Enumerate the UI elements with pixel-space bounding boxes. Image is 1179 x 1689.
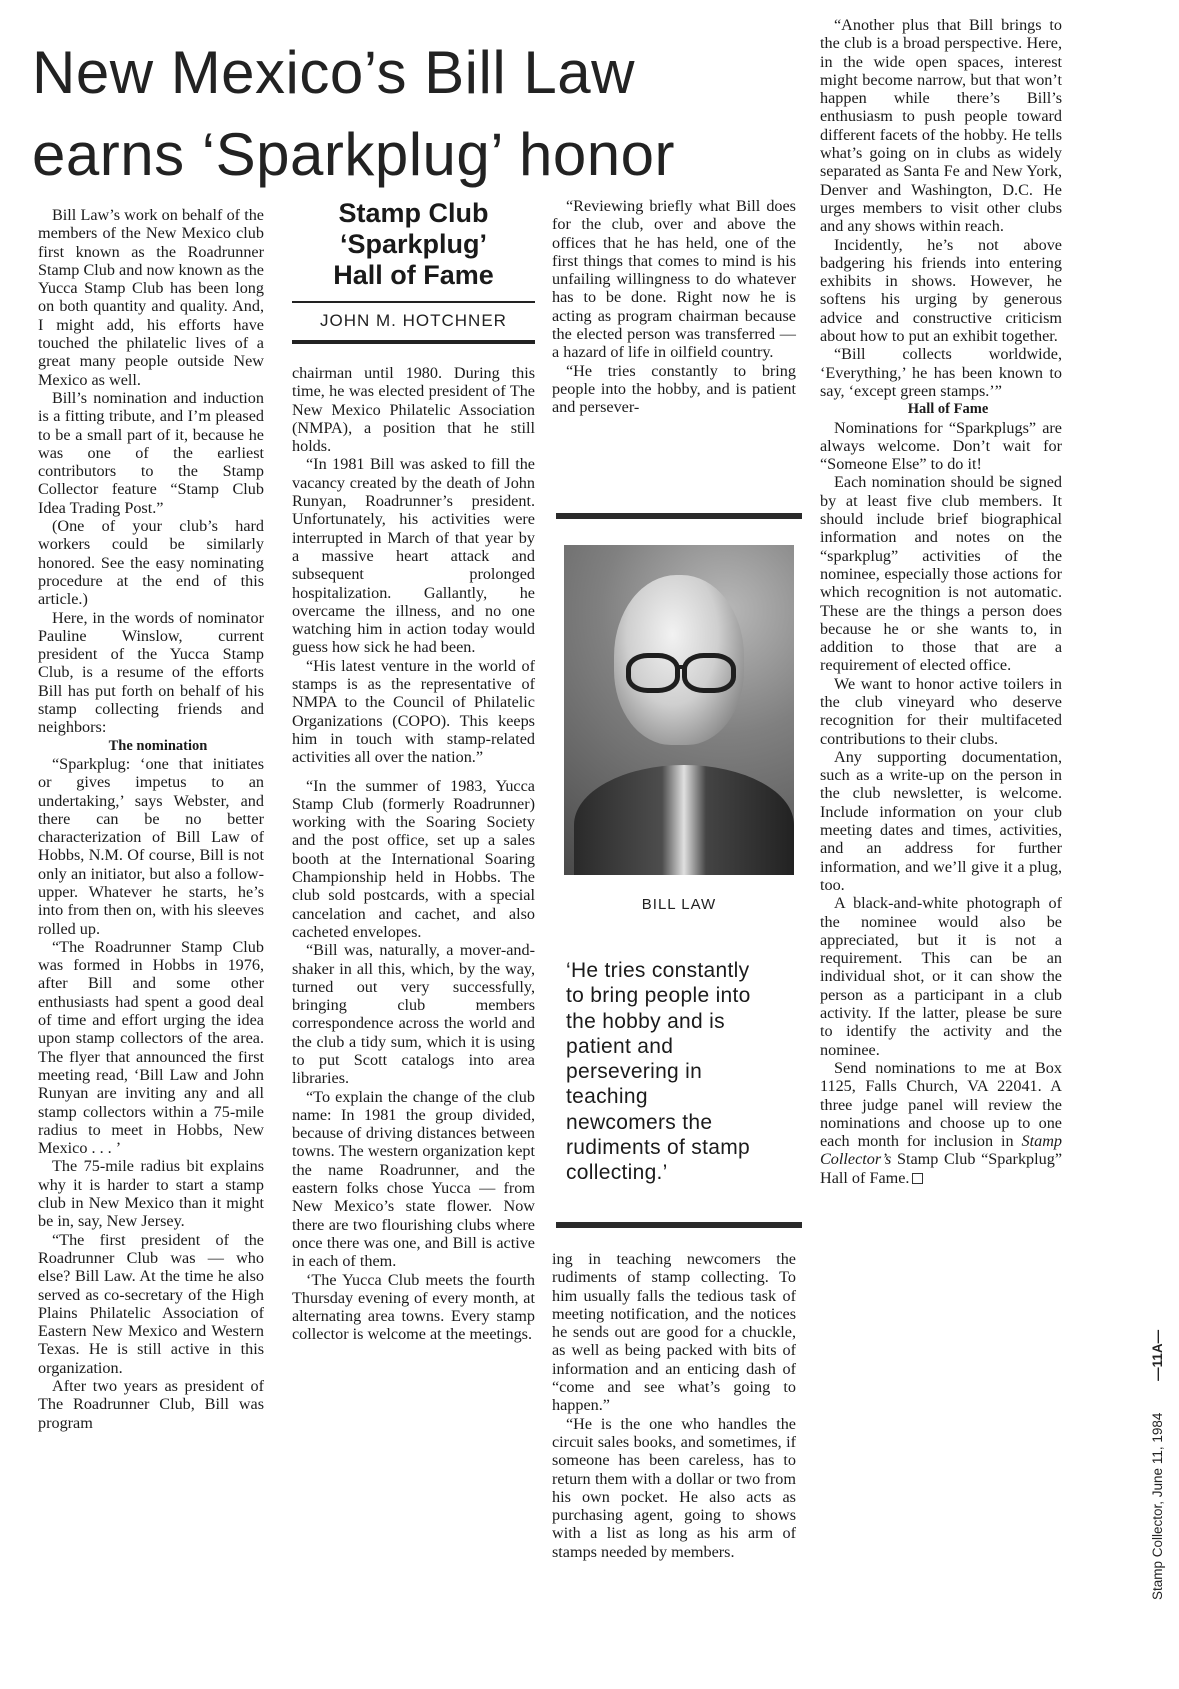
paragraph: “His latest venture in the world of stam…: [292, 657, 535, 767]
divider-bar: [556, 513, 802, 519]
paragraph: A black-and-white photograph of the nomi…: [820, 894, 1062, 1059]
paragraph: Here, in the words of nominator Pauline …: [38, 609, 264, 737]
article-column-3-bottom: ing in teaching newcomers the rudiments …: [552, 1250, 796, 1561]
paragraph: We want to honor active toilers in the c…: [820, 675, 1062, 748]
headline-line-1: New Mexico’s Bill Law: [32, 32, 752, 114]
paragraph: After two years as president of The Road…: [38, 1377, 264, 1432]
photo-caption: BILL LAW: [564, 896, 794, 913]
paragraph: “Sparkplug: ‘one that initiates or gives…: [38, 755, 264, 938]
paragraph: “He is the one who handles the circuit s…: [552, 1415, 796, 1561]
paragraph: “The Roadrunner Stamp Club was formed in…: [38, 938, 264, 1158]
paragraph: Bill’s nomination and induction is a fit…: [38, 389, 264, 517]
paragraph: “He tries constantly to bring people int…: [552, 362, 796, 417]
paragraph: “Bill was, naturally, a mover-and-shaker…: [292, 941, 535, 1087]
divider-bar: [556, 1222, 802, 1228]
paragraph: “Bill collects worldwide, ‘Everything,’ …: [820, 345, 1062, 400]
page-folio: Stamp Collector, June 11, 1984 —11A—: [1150, 1330, 1165, 1600]
paragraph: Nominations for “Sparkplugs” are always …: [820, 419, 1062, 474]
paragraph: The 75-mile radius bit explains why it i…: [38, 1157, 264, 1230]
paragraph: “Reviewing briefly what Bill does for th…: [552, 197, 796, 362]
article-column-2: chairman until 1980. During this time, h…: [292, 364, 535, 1344]
paragraph: Each nomination should be signed by at l…: [820, 473, 1062, 674]
divider: [292, 340, 535, 344]
paragraph: ‘The Yucca Club meets the fourth Thursda…: [292, 1271, 535, 1344]
paragraph: “In the summer of 1983, Yucca Stamp Club…: [292, 777, 535, 942]
divider: [292, 301, 535, 303]
portrait-photo-bill-law: [564, 545, 794, 875]
paragraph: “To explain the change of the club name:…: [292, 1088, 535, 1271]
paragraph: “In 1981 Bill was asked to fill the vaca…: [292, 455, 535, 656]
paragraph-closing: Send nominations to me at Box 1125, Fall…: [820, 1059, 1062, 1187]
column-title: Stamp Club ‘Sparkplug’ Hall of Fame: [292, 198, 535, 291]
article-column-3-top: “Reviewing briefly what Bill does for th…: [552, 197, 796, 417]
paragraph: ing in teaching newcomers the rudiments …: [552, 1250, 796, 1415]
headline: New Mexico’s Bill Law earns ‘Sparkplug’ …: [32, 32, 752, 196]
article-column-4: “Another plus that Bill brings to the cl…: [820, 16, 1062, 1187]
paragraph: chairman until 1980. During this time, h…: [292, 364, 535, 455]
paragraph: Any supporting documentation, such as a …: [820, 748, 1062, 894]
byline: JOHN M. HOTCHNER: [292, 311, 535, 331]
paragraph: Bill Law’s work on behalf of the members…: [38, 206, 264, 389]
headline-line-2: earns ‘Sparkplug’ honor: [32, 114, 752, 196]
paragraph: “Another plus that Bill brings to the cl…: [820, 16, 1062, 236]
article-column-1: Bill Law’s work on behalf of the members…: [38, 206, 264, 1432]
paragraph: Incidently, he’s not above badgering his…: [820, 236, 1062, 346]
subhead-hall-of-fame: Hall of Fame: [820, 400, 1062, 418]
paragraph: “The first president of the Roadrunner C…: [38, 1231, 264, 1377]
publication-date: Stamp Collector, June 11, 1984: [1150, 1413, 1165, 1600]
paragraph: (One of your club’s hard workers could b…: [38, 517, 264, 608]
end-mark-icon: [912, 1173, 923, 1184]
column-header: Stamp Club ‘Sparkplug’ Hall of Fame JOHN…: [292, 198, 535, 344]
pull-quote: ‘He tries constantly to bring people int…: [566, 958, 796, 1186]
subhead-the-nomination: The nomination: [38, 737, 264, 755]
page-number: —11A—: [1150, 1330, 1165, 1381]
